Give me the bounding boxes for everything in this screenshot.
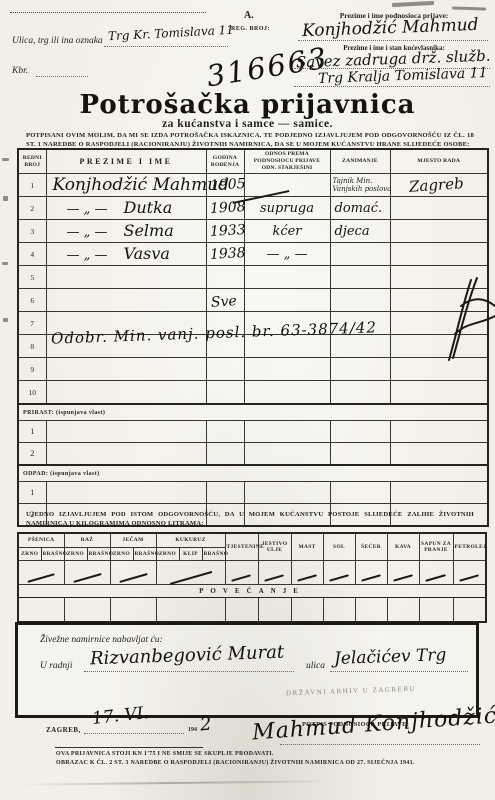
shop-handwritten-value: Rizvanbegović Murat <box>90 642 285 670</box>
scan-artifact <box>392 1 434 7</box>
supplies-table: PŠENICA RAŽ JEČAM KUKURUZ TJESTENINE JES… <box>17 532 487 623</box>
year-cell: 1905 <box>206 174 244 197</box>
workplace-handwritten: Zagreb <box>408 174 464 196</box>
empty-cell <box>156 598 225 623</box>
relation-cell: supruga <box>244 197 330 220</box>
group-jestivo-ulje: JESTIVO ULJE <box>258 533 291 561</box>
group-psenica: PŠENICA <box>18 533 64 548</box>
col-header-mjesto-rada: MJESTO RADA <box>390 149 488 174</box>
pen-slash-mark <box>73 573 101 582</box>
odpad-label: ODPAD: (ispunjava vlast) <box>18 465 488 482</box>
reg-number-label: REG. BROJ: <box>231 26 270 32</box>
pen-slash-mark <box>169 571 211 585</box>
person-row-4: 4 — „ —Vasva 1938 — „ — <box>18 243 488 266</box>
row-number: 2 <box>18 197 46 220</box>
sub-brasno: BRAŠNO <box>41 548 64 561</box>
purchase-box: Živežne namirnice nabavljat ću: U radnji… <box>15 622 479 718</box>
row-number: 1 <box>18 174 46 197</box>
povecanje-band-row: POVEĆANJE <box>18 585 486 598</box>
ditto-mark: — „ — <box>67 248 108 263</box>
relation-cell <box>244 358 330 381</box>
row-number: 5 <box>18 266 46 289</box>
group-mast: MAST <box>291 533 323 561</box>
supplies-group-header-row: PŠENICA RAŽ JEČAM KUKURUZ TJESTENINE JES… <box>18 533 486 548</box>
relation-cell: — „ — <box>244 243 330 266</box>
handwritten-mark: Sve <box>210 293 237 311</box>
empty-cell <box>419 598 453 623</box>
name-cell: — „ —Vasva <box>46 243 206 266</box>
name-handwritten: Selma <box>124 221 174 240</box>
sub-zrno: ZRNO <box>64 548 87 561</box>
group-tjestenine: TJESTENINE <box>225 533 258 561</box>
relation-cell <box>244 443 330 466</box>
relation-handwritten: kćer <box>272 224 301 239</box>
name-cell <box>46 266 206 289</box>
occupation-cell: domać. <box>330 197 390 220</box>
value-cell <box>225 561 258 585</box>
prirast-row-2: 2 <box>18 443 488 466</box>
sub-zrno: ZRNO <box>110 548 133 561</box>
scan-artifact <box>3 318 8 322</box>
person-row-1: 1 Konjhodžić Mahmud 1905 Tajnik Min. Van… <box>18 174 488 197</box>
workplace-cell <box>390 197 488 220</box>
relation-cell <box>244 289 330 312</box>
persons-header-row: REDNI BROJ PREZIME I IME GODINA ROĐENJA … <box>18 149 488 174</box>
prirast-section-label-row: PRIRAST: (ispunjava vlast) <box>18 404 488 421</box>
archive-stamp: DRŽAVNI ARHIV U ZAGREBU <box>286 685 416 698</box>
persons-table-container: REDNI BROJ PREZIME I IME GODINA ROĐENJA … <box>17 148 487 527</box>
group-sapun: SAPUN ZA PRANJE <box>419 533 453 561</box>
year-cell: 1933 <box>206 220 244 243</box>
workplace-cell <box>390 381 488 405</box>
pen-slash-mark <box>297 575 316 582</box>
row-number: 1 <box>18 421 46 443</box>
person-row-2: 2 — „ —Dutka 1908 supruga domać. <box>18 197 488 220</box>
occupation-line1: Tajnik Min. <box>331 177 390 185</box>
povecanje-empty-row <box>18 598 486 623</box>
relation-handwritten: supruga <box>260 201 314 216</box>
workplace-cell <box>390 443 488 466</box>
occupation-cell <box>330 266 390 289</box>
group-petrolej: PETROLEJ <box>453 533 486 561</box>
name-cell <box>46 289 206 312</box>
house-number-dotted-line <box>36 76 88 77</box>
relation-cell <box>244 381 330 405</box>
year-cell <box>206 421 244 443</box>
occupation-cell <box>330 289 390 312</box>
blank-dotted-line <box>10 12 206 13</box>
value-cell <box>18 561 64 585</box>
value-cell <box>453 561 486 585</box>
relation-cell: kćer <box>244 220 330 243</box>
relation-cell <box>244 174 330 197</box>
occupation-cell <box>330 358 390 381</box>
workplace-cell <box>390 220 488 243</box>
year-printed: 194 <box>188 727 197 733</box>
year-handwritten: 1933 <box>206 222 245 240</box>
year-handwritten: 1905 <box>206 176 245 194</box>
scan-artifact <box>2 262 8 265</box>
relation-handwritten: — „ — <box>267 247 308 262</box>
occupation-handwritten: djeca <box>331 224 370 239</box>
col-header-zanimanje: ZANIMANJE <box>330 149 390 174</box>
value-cell <box>419 561 453 585</box>
occupation-cell <box>330 482 390 504</box>
pen-slash-mark <box>459 574 479 581</box>
city-label: ZAGREB, <box>46 726 81 734</box>
row-number: 10 <box>18 381 46 405</box>
shop-label: U radnji <box>40 661 72 671</box>
shop-street-label: ulica <box>306 661 325 671</box>
workplace-cell: Zagreb <box>390 174 488 197</box>
year-cell <box>206 266 244 289</box>
occupation-handwritten: domać. <box>331 201 383 216</box>
ditto-mark: — „ — <box>67 202 108 217</box>
name-cell <box>46 421 206 443</box>
pen-slash-mark <box>329 575 348 582</box>
name-cell <box>46 482 206 504</box>
scan-artifact <box>2 158 9 161</box>
value-cell <box>323 561 355 585</box>
name-handwritten: Konjhodžić Mahmud <box>53 175 230 195</box>
houseowner-dotted-line2 <box>294 86 490 87</box>
workplace-cell <box>390 243 488 266</box>
col-header-prezime-ime: PREZIME I IME <box>46 149 206 174</box>
section-letter: A. <box>244 10 254 21</box>
row-number: 9 <box>18 358 46 381</box>
group-jecam: JEČAM <box>110 533 156 548</box>
value-cell <box>291 561 323 585</box>
pen-slash-mark <box>231 574 251 581</box>
supplies-table-container: PŠENICA RAŽ JEČAM KUKURUZ TJESTENINE JES… <box>17 532 487 623</box>
pen-slash-mark <box>27 573 55 582</box>
street-label: Ulica, trg ili ina oznaka <box>12 36 103 46</box>
name-handwritten: Vasva <box>124 244 170 263</box>
pen-slash-mark <box>426 574 447 581</box>
year-cell <box>206 358 244 381</box>
value-cell <box>387 561 419 585</box>
workplace-cell <box>390 421 488 443</box>
group-kukuruz: KUKURUZ <box>156 533 225 548</box>
empty-cell <box>323 598 355 623</box>
scan-artifact <box>3 196 8 201</box>
name-cell <box>46 443 206 466</box>
person-row-3: 3 — „ —Selma 1933 kćer djeca <box>18 220 488 243</box>
occupation-cell <box>330 381 390 405</box>
shop-dotted-line <box>84 671 294 672</box>
occupation-cell: djeca <box>330 220 390 243</box>
row-number: 4 <box>18 243 46 266</box>
year-cell <box>206 482 244 504</box>
form-title: Potrošačka prijavnica <box>0 90 495 120</box>
occupation-cell: Tajnik Min. Vanjskih poslova <box>330 174 390 197</box>
empty-cell <box>110 598 156 623</box>
occupation-cell <box>330 421 390 443</box>
col-header-godina-rodjenja: GODINA ROĐENJA <box>206 149 244 174</box>
sub-brasno: BRAŠNO <box>133 548 156 561</box>
scanned-form-page: Ulica, trg ili ina oznaka Trg Kr. Tomisl… <box>0 0 495 800</box>
footer-price-note: OVA PRIJAVNICA STOJI KN 1'75 I NE SMIJE … <box>56 751 274 757</box>
sub-klip: KLIP <box>179 548 202 561</box>
name-cell: — „ —Selma <box>46 220 206 243</box>
purchase-intro: Živežne namirnice nabavljat ću: <box>40 635 163 645</box>
row-number: 6 <box>18 289 46 312</box>
signature-dotted-line <box>280 744 480 745</box>
occupation-line2: Vanjskih poslova <box>331 185 390 193</box>
name-cell: Konjhodžić Mahmud <box>46 174 206 197</box>
empty-cell <box>225 598 258 623</box>
col-header-odnos: ODNOS PREMA PODNOSIOCU PRIJAVE ODN. STAR… <box>244 149 330 174</box>
applicant-dotted-line <box>298 40 488 41</box>
footer-rule <box>55 747 203 748</box>
group-kava: KAVA <box>387 533 419 561</box>
empty-cell <box>18 598 64 623</box>
year-cell <box>206 443 244 466</box>
occupation-cell <box>330 443 390 466</box>
shop-street-dotted-line <box>330 671 468 672</box>
value-cell <box>258 561 291 585</box>
row-number: 2 <box>18 443 46 466</box>
year-cell: 1938 <box>206 243 244 266</box>
sub-zrno: ZRNO <box>18 548 41 561</box>
sub-brasno: BRAŠNO <box>87 548 110 561</box>
empty-cell <box>64 598 110 623</box>
odpad-row-1: 1 <box>18 482 488 504</box>
empty-cell <box>355 598 387 623</box>
occupation-cell <box>330 243 390 266</box>
street-dotted-line <box>104 46 228 47</box>
date-dotted-line <box>84 733 184 734</box>
name-cell <box>46 381 206 405</box>
scan-artifact <box>20 780 320 785</box>
relation-cell <box>244 482 330 504</box>
odpad-section-label-row: ODPAD: (ispunjava vlast) <box>18 465 488 482</box>
name-cell <box>46 358 206 381</box>
povecanje-label: POVEĆANJE <box>18 585 486 598</box>
value-cell <box>355 561 387 585</box>
row-number: 7 <box>18 312 46 335</box>
scan-artifact <box>452 6 486 10</box>
ditto-mark: — „ — <box>67 225 108 240</box>
sub-zrno: ZRNO <box>156 548 179 561</box>
year-cell <box>206 381 244 405</box>
sub-brasno: BRAŠNO <box>202 548 225 561</box>
pen-slash-mark <box>393 575 412 582</box>
pen-slash-mark <box>361 575 380 582</box>
prirast-row-1: 1 <box>18 421 488 443</box>
person-row-10: 10 <box>18 381 488 405</box>
empty-cell <box>291 598 323 623</box>
relation-cell <box>244 266 330 289</box>
group-sol: SOL <box>323 533 355 561</box>
row-number: 8 <box>18 335 46 358</box>
relation-cell <box>244 421 330 443</box>
value-cell <box>110 561 156 585</box>
row-number: 3 <box>18 220 46 243</box>
signature-flourish <box>405 276 495 364</box>
row-number: 1 <box>18 482 46 504</box>
empty-cell <box>258 598 291 623</box>
value-cell <box>156 561 225 585</box>
pen-slash-mark <box>119 573 147 582</box>
group-raz: RAŽ <box>64 533 110 548</box>
year-handwritten: 2 <box>199 714 212 736</box>
footer-form-reference: OBRAZAC K ČL. 2 ST. 3 NAREDBE O RASPODJE… <box>56 760 415 766</box>
col-header-redni-broj: REDNI BROJ <box>18 149 46 174</box>
house-number-label: Kbr. <box>12 66 28 76</box>
group-secer: ŠEĆER <box>355 533 387 561</box>
supplies-values-row <box>18 561 486 585</box>
pen-slash-mark <box>264 574 284 581</box>
name-handwritten: Dutka <box>124 198 173 217</box>
empty-cell <box>387 598 419 623</box>
year-handwritten: 1938 <box>206 245 245 263</box>
name-cell: — „ —Dutka <box>46 197 206 220</box>
form-subtitle: za kućanstva i samce — samice. <box>0 118 495 130</box>
prirast-label: PRIRAST: (ispunjava vlast) <box>18 404 488 421</box>
supplies-declaration: UJEDNO IZJAVLJUJEM POD ISTOM ODGOVORNOŠĆ… <box>26 510 474 528</box>
occupation-cell <box>330 335 390 358</box>
street-handwritten-value: Trg Kr. Tomislava 11 <box>108 23 234 44</box>
workplace-cell <box>390 482 488 504</box>
empty-cell <box>453 598 486 623</box>
shop-street-handwritten: Jelačićev Trg <box>334 645 447 669</box>
value-cell <box>64 561 110 585</box>
